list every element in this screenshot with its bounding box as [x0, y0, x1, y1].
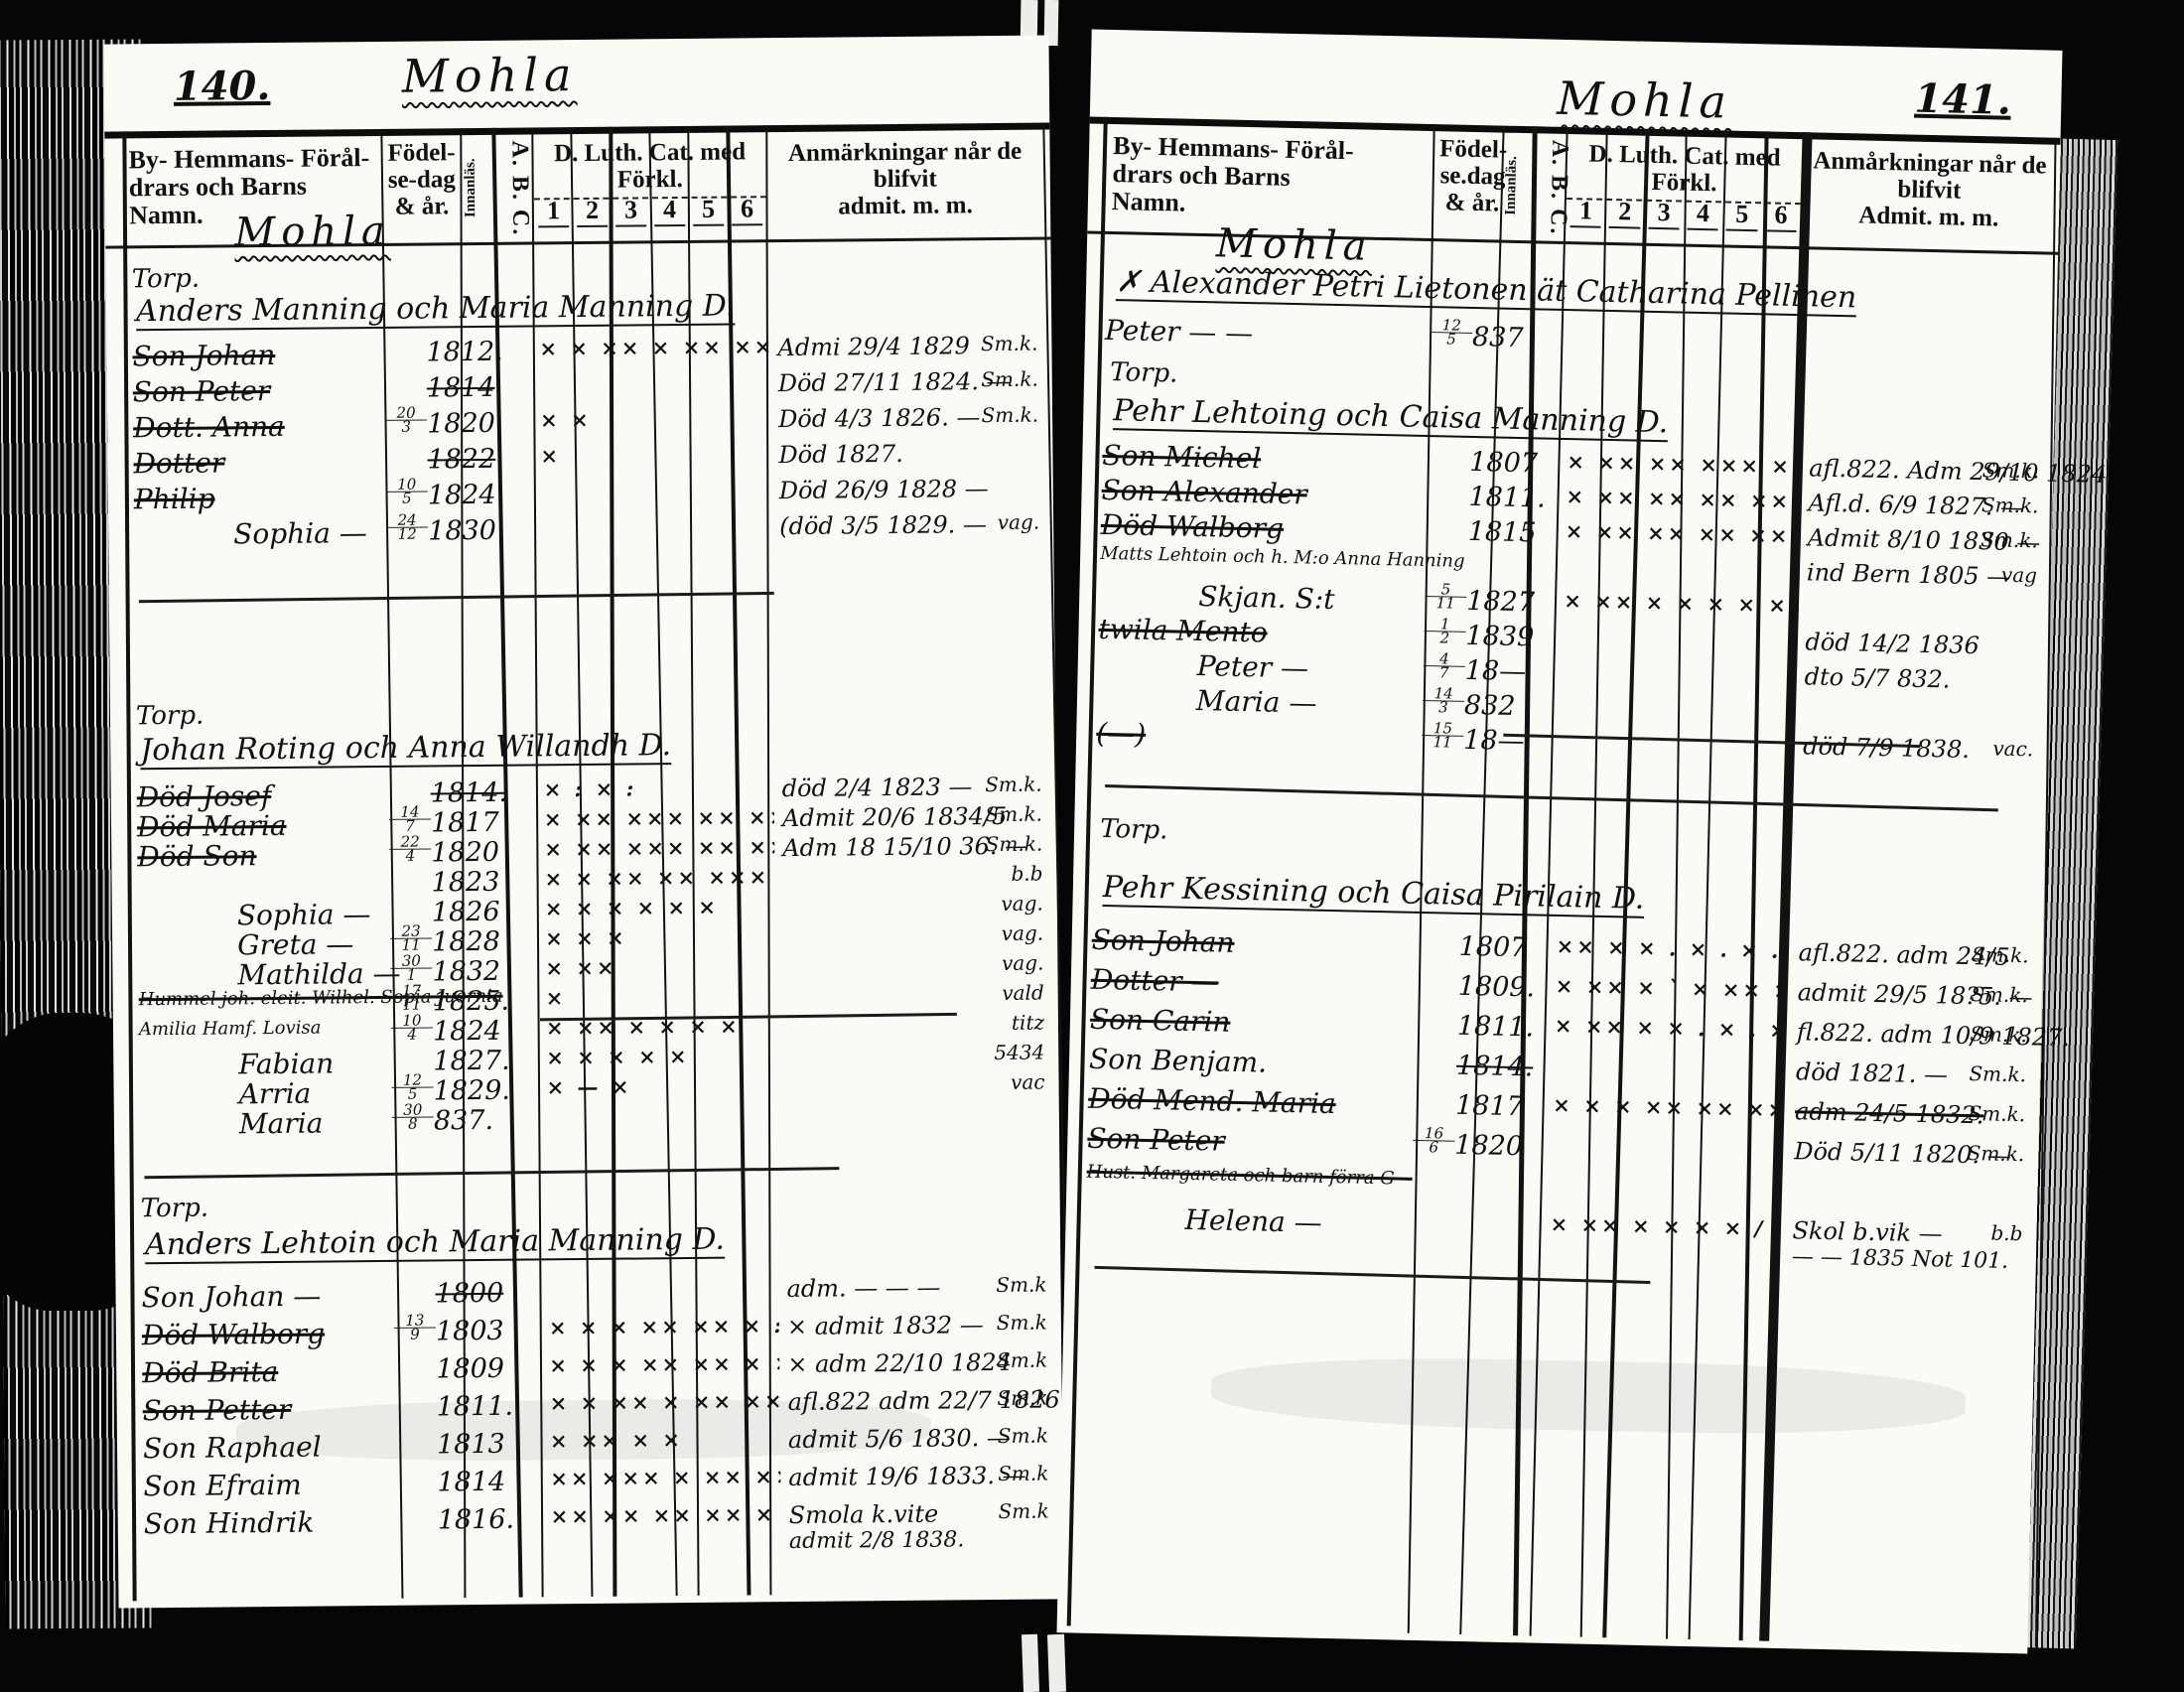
table-row: Peter — —125837	[1085, 313, 2057, 367]
birth-day-bottom: 3	[1438, 698, 1448, 716]
birth-day: 104	[391, 1014, 433, 1041]
catechism-marks: × ×× × × . × . × × × ×	[1555, 1013, 1781, 1043]
person-name: Maria	[239, 1107, 324, 1141]
birth-day-bottom: 5	[1446, 330, 1456, 348]
birth-year: 1828	[432, 926, 500, 958]
remark-note: Död 27/11 1824. —	[778, 367, 977, 397]
birth-day: 147	[389, 805, 431, 832]
clerk-initials: Sm.k.	[981, 403, 1038, 428]
section-heading: Torp.	[136, 701, 205, 732]
birth-year: 832	[1464, 690, 1516, 722]
family-heading: Anders Lehtoin och Maria Manning D.	[145, 1222, 725, 1263]
person-name: Son Carin	[1090, 1003, 1231, 1039]
family-heading: Pehr Lehtoing och Caisa Manning D.	[1113, 393, 1669, 440]
birth-year: 18—	[1463, 725, 1525, 757]
section-heading: Torp.	[1100, 814, 1168, 845]
person-name: Död Walborg	[1100, 508, 1284, 545]
remark-note: × admit 1832 —	[787, 1311, 986, 1340]
person-name: Son Johan —	[141, 1280, 321, 1315]
birth-day-bottom: 11	[1435, 594, 1454, 612]
birth-day-bottom: 6	[1429, 1138, 1438, 1156]
person-name: Peter —	[1196, 649, 1308, 684]
remark-note: × adm 22/10 1824	[787, 1348, 986, 1378]
person-name: Son Efraim	[143, 1469, 302, 1503]
birth-year: 1809	[436, 1353, 504, 1385]
birth-year: 1823	[431, 867, 499, 899]
birth-year: 1811.	[437, 1391, 514, 1423]
clerk-initials: Sm.k.	[1980, 527, 2038, 552]
remark-note-line2: — — 1835 Not 101.	[1792, 1244, 2009, 1274]
remark-note: dto 5/7 832.	[1804, 662, 1993, 694]
entries: MohlaTorp.Anders Manning och Maria Manni…	[103, 35, 1063, 1608]
person-name: Son Michel	[1102, 439, 1262, 475]
remark-note: Död 4/3 1826. —	[778, 403, 977, 433]
clerk-initials: Sm.k.	[981, 332, 1038, 356]
remark-note: afl.822. adm 24/5	[1798, 938, 1987, 970]
birth-day: 143	[1423, 687, 1465, 715]
clerk-initials: Sm.k.	[985, 802, 1042, 827]
clerk-initials: vald	[1002, 981, 1044, 1005]
person-name: Död Son	[137, 839, 257, 873]
clerk-initials: Sm.k.	[985, 773, 1042, 797]
remark-note-line2: admit 2/8 1838.	[789, 1527, 965, 1554]
catechism-marks: × × × ×× ×× ×× × × ×× × ×	[1553, 1092, 1779, 1122]
clerk-initials: vag.	[1002, 951, 1044, 975]
person-name: Son Petter	[143, 1393, 292, 1427]
person-name: Son Alexander	[1101, 474, 1307, 511]
person-name: Son Peter	[1087, 1122, 1225, 1158]
clerk-initials: vag	[2001, 563, 2038, 588]
person-name: Dotter —	[1091, 963, 1219, 999]
remark-note: Admi 29/4 1829	[777, 332, 976, 361]
person-name: Son Benjam.	[1089, 1043, 1268, 1079]
birth-year: 1827.	[433, 1046, 510, 1077]
clerk-initials: 5434	[994, 1041, 1044, 1064]
person-name: Död Mend. Maria	[1088, 1082, 1336, 1120]
page-right: 141. Mohla By- Hemmans- Förål- drars och…	[1057, 30, 2063, 1654]
remark-note: admit 19/6 1833. —	[788, 1462, 987, 1491]
person-name: twila Mento	[1098, 613, 1268, 649]
birth-day-bottom: 3	[401, 418, 411, 436]
person-name: Död Brita	[142, 1355, 278, 1389]
clerk-initials: Sm.k.	[1970, 1022, 2027, 1047]
clerk-initials: Sm.k.	[981, 367, 1038, 392]
birth-year: 1811.	[1468, 482, 1546, 514]
birth-day: 125	[391, 1073, 433, 1100]
person-name: Helena —	[1184, 1203, 1322, 1239]
person-name: Dotter	[133, 446, 224, 480]
remark-note: afl.822 adm 22/7 1826	[787, 1386, 986, 1416]
person-name: Fabian	[238, 1047, 334, 1080]
birth-day: 308	[392, 1103, 434, 1130]
person-name: Skjan. S:t	[1198, 580, 1335, 616]
person-name: Sophia —	[237, 898, 371, 931]
birth-year: 1825.	[433, 986, 510, 1018]
page-left: 140. Mohla By- Hemmans- Förål- drars och…	[103, 35, 1063, 1608]
birth-day: 1711	[391, 984, 433, 1011]
birth-day-bottom: 12	[398, 525, 417, 543]
person-name: Dott. Anna	[133, 410, 285, 444]
family-heading: ✗ Alexander Petri Lietonen ät Catharina …	[1116, 264, 1857, 315]
birth-day: 301	[390, 954, 432, 981]
clerk-initials: Sm.k	[998, 1462, 1048, 1485]
birth-year: 1814	[437, 1467, 505, 1498]
birth-year: 1839	[1465, 621, 1534, 652]
clerk-initials: Sm.k.	[1972, 942, 2029, 967]
remark-note: Admit 20/6 1834/5	[782, 802, 981, 832]
family-heading: Johan Roting och Anna Willandh D.	[140, 728, 671, 768]
birth-day: 166	[1413, 1127, 1455, 1155]
clerk-initials: vag.	[1001, 892, 1043, 916]
person-name: Son Johan	[1091, 923, 1235, 959]
clerk-initials: Sm.k	[997, 1311, 1047, 1335]
birth-day: 125	[1431, 319, 1473, 347]
catechism-marks: × ×× × × × × /	[1550, 1211, 1776, 1241]
person-name: Peter — —	[1105, 314, 1254, 350]
clerk-initials: Sm.k	[998, 1499, 1048, 1523]
person-name: Son Raphael	[143, 1431, 322, 1466]
birth-year: 1803	[436, 1316, 504, 1347]
person-name: Greta —	[237, 927, 353, 961]
remark-note: admit 29/5 18?5. —	[1797, 978, 1986, 1010]
remark-note: fl.822. adm 10/9 1827.	[1797, 1018, 1986, 1050]
remark-note: Admit 8/10 1830 —	[1807, 523, 1996, 555]
catechism-marks: × ×× × ` × ×× ××× ×××× ;	[1556, 973, 1782, 1003]
birth-day: 511	[1425, 583, 1467, 611]
birth-year: 1813	[437, 1429, 505, 1461]
clerk-initials: vac.	[1992, 736, 2033, 761]
birth-day-bottom: 4	[405, 847, 415, 865]
remark-note: död 7/9 1838.	[1803, 732, 1992, 764]
birth-day-bottom: 4	[407, 1026, 417, 1044]
section-heading: Torp.	[141, 1194, 209, 1224]
person-name: Philip	[134, 483, 215, 516]
person-name: Hust. Margareta och barn förra G—	[1086, 1162, 1413, 1190]
birth-day: 203	[385, 406, 427, 433]
remark-note: adm. — — —	[786, 1273, 985, 1303]
birth-year: 1817	[1455, 1090, 1524, 1122]
person-name: Död Josef	[137, 779, 272, 813]
catechism-marks: ×× × × . × . × . ×— × /	[1556, 933, 1782, 963]
birth-year: 1820	[1454, 1130, 1523, 1162]
birth-year: 1817	[431, 807, 499, 839]
clerk-initials: vag.	[1002, 921, 1044, 945]
birth-year: 1826	[432, 897, 500, 928]
bookmark-tab	[1022, 1634, 1039, 1692]
person-name: Död Walborg	[142, 1318, 326, 1352]
clerk-initials: Sm.k.	[1967, 1141, 2024, 1166]
remark-note: Afl.d. 6/9 1827. —	[1808, 489, 1997, 520]
remark-note: Skol b.vik —— — 1835 Not 101.	[1792, 1216, 1981, 1248]
clerk-initials: Sm.k.	[1981, 493, 2039, 517]
remark-note: död 14/2 1836	[1805, 628, 1994, 659]
family-heading: Anders Manning och Maria Manning D.	[136, 289, 736, 330]
clerk-initials: Sm.k.	[986, 832, 1043, 857]
section-heading: Torp.	[132, 264, 201, 295]
remark-note: död 2/4 1823 —	[782, 773, 981, 802]
clerk-initials: Sm.k	[996, 1273, 1046, 1297]
clerk-initials: Sm.k	[997, 1386, 1047, 1410]
birth-day-bottom: 11	[1433, 733, 1451, 751]
person-name: Maria —	[1196, 684, 1317, 720]
birth-year: 1832	[432, 956, 500, 988]
birth-year: 1820	[431, 837, 499, 869]
birth-day-bottom: 8	[408, 1115, 418, 1133]
person-name: Sophia —	[233, 516, 367, 550]
birth-day: 139	[394, 1314, 436, 1340]
clerk-initials: Sm.k.	[1971, 982, 2028, 1007]
clerk-initials: vag.	[998, 510, 1040, 534]
birth-day-bottom: 9	[410, 1326, 420, 1343]
bookmark-tab	[1047, 1634, 1066, 1692]
birth-year: 1816.	[438, 1504, 515, 1536]
section-heading: Torp.	[1110, 357, 1178, 388]
person-name: (—)	[1096, 717, 1147, 751]
birth-day: 1511	[1422, 722, 1464, 750]
birth-year: 1800	[435, 1278, 503, 1310]
person-name: Amilia Hamf. Lovisa	[139, 1018, 322, 1041]
remark-note: Smola k.viteadmit 2/8 1838.	[789, 1499, 988, 1529]
remark-note: adm 24/5 1832.	[1795, 1097, 1984, 1129]
clerk-initials: titz	[1012, 1011, 1044, 1035]
remark-note: admit 5/6 1830. —	[788, 1424, 987, 1454]
person-name: Son Johan	[132, 339, 275, 372]
remark-note: ind Bern 1805 —	[1807, 558, 1996, 590]
entries: Mohla✗ Alexander Petri Lietonen ät Catha…	[1057, 30, 2063, 1654]
birth-year: 1812.	[426, 337, 503, 368]
birth-day: 2311	[390, 924, 432, 951]
remark-note: Död 1827.	[778, 439, 977, 469]
birth-year: 1829.	[433, 1075, 510, 1107]
table-row: Sophia —24121830(död 3/5 1829. —vag.	[108, 509, 1053, 552]
scanned-parish-register: 140. Mohla By- Hemmans- Förål- drars och…	[0, 0, 2184, 1692]
family-heading: Pehr Kessining och Caisa Pirilain D.	[1103, 870, 1645, 916]
birth-day-bottom: 7	[1439, 663, 1449, 681]
remark-note: Död 5/11 1820. —	[1794, 1137, 1983, 1169]
clerk-initials: Sm.k.	[1982, 458, 2040, 483]
remark-note: afl.822. Adm 29/10 1824	[1809, 454, 1998, 486]
clerk-initials: Sm.k.	[1969, 1061, 2026, 1086]
remark-note: död 1821. —	[1796, 1057, 1985, 1089]
person-name: Arria	[238, 1077, 311, 1111]
clerk-initials: b.b	[1011, 862, 1042, 886]
remark-note: Död 26/9 1828 —	[779, 475, 978, 504]
person-name: Son Peter	[133, 374, 271, 408]
clerk-initials: b.b	[1990, 1221, 2022, 1246]
remark-note: Adm 18 15/10 36. —	[782, 832, 981, 862]
birth-day: 47	[1424, 652, 1466, 680]
birth-day-bottom: 2	[1439, 629, 1449, 646]
birth-year: 1807	[1458, 931, 1527, 963]
clerk-initials: vac	[1011, 1070, 1045, 1094]
person-name: Son Hindrik	[144, 1506, 315, 1541]
birth-day: 224	[389, 835, 431, 862]
clerk-initials: Sm.k	[997, 1348, 1047, 1372]
birth-year: 1824	[433, 1016, 501, 1048]
remark-note: (död 3/5 1829. —	[779, 510, 978, 540]
birth-day: 2412	[386, 513, 428, 540]
clerk-initials: Sm.k.	[1968, 1101, 2025, 1126]
birth-year: 1814.	[431, 777, 508, 809]
clerk-initials: Sm.k	[998, 1424, 1048, 1448]
birth-year: 1827	[1466, 586, 1535, 618]
section-script-heading: Mohla	[234, 209, 391, 256]
birth-day: 12	[1424, 618, 1466, 645]
section-script-heading: Mohla	[1216, 220, 1373, 269]
birth-year: 18—	[1464, 655, 1526, 687]
birth-day: 105	[386, 478, 428, 504]
birth-day-bottom: 5	[402, 490, 412, 507]
